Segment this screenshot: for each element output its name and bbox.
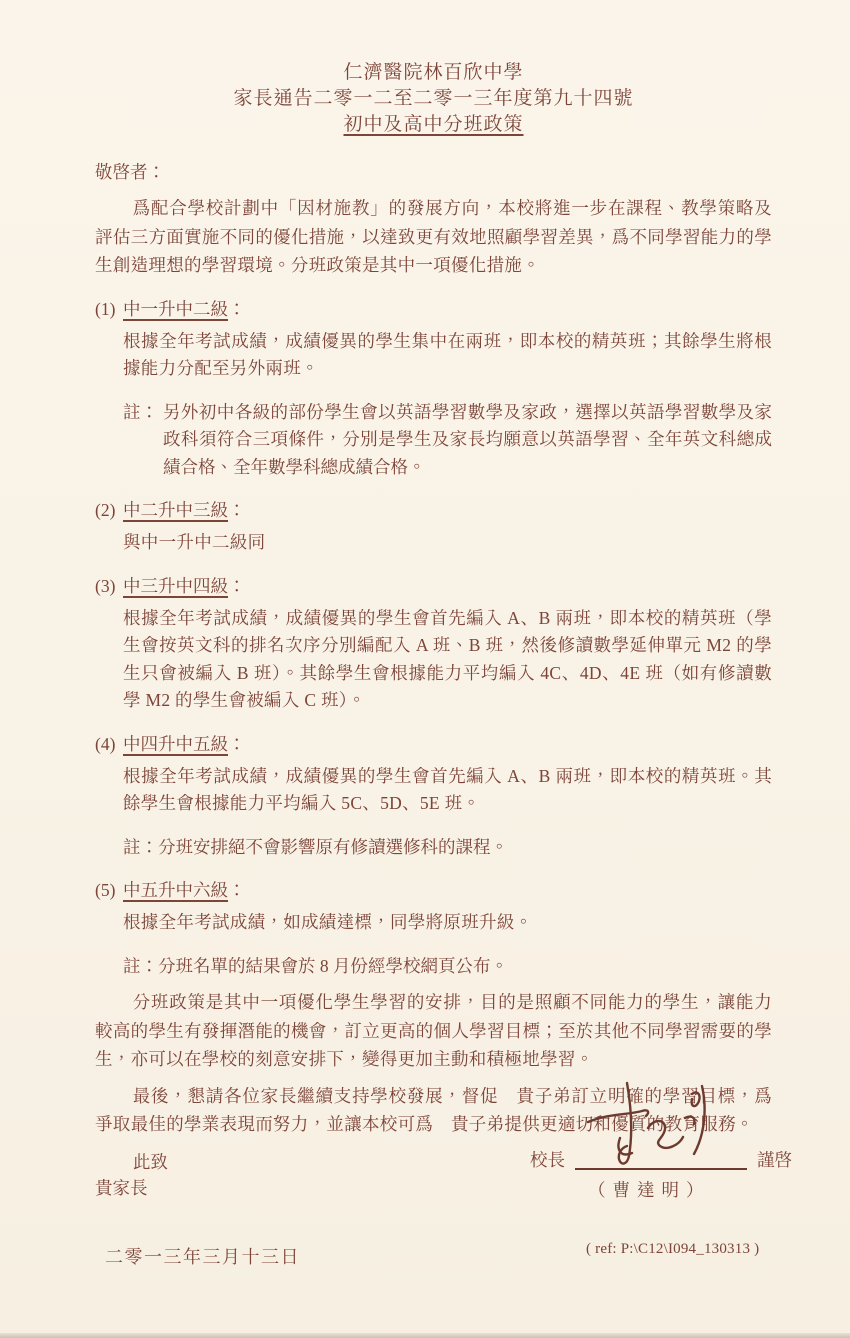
section-5-heading-row: (5) 中五升中六級： <box>95 876 772 904</box>
section-3: (3) 中三升中四級： 根據全年考試成績，成績優異的學生會首先編入 A、B 兩班… <box>95 572 772 715</box>
section-1-heading-colon: ： <box>228 299 246 319</box>
section-5-heading: 中五升中六級 <box>123 880 228 900</box>
section-5-number: (5) <box>95 876 123 904</box>
file-reference: ( ref: P:\C12\I094_130313 ) <box>586 1241 759 1258</box>
section-1-heading-row: (1) 中一升中二級： <box>95 295 772 323</box>
section-3-heading: 中三升中四級 <box>123 576 228 596</box>
closing-paragraph-1: 分班政策是其中一項優化學生學習的安排，目的是照顧不同能力的學生，讓能力較高的學生… <box>95 988 772 1074</box>
salutation: 敬啓者： <box>95 158 772 186</box>
respectfully-label: 謹啓 <box>757 1147 792 1172</box>
principal-name: （曹達明） <box>588 1177 820 1202</box>
letter-date: 二零一三年三月十三日 <box>105 1243 300 1269</box>
principal-signature <box>582 1078 722 1170</box>
section-4-number: (4) <box>95 730 123 758</box>
section-5: (5) 中五升中六級： 根據全年考試成績，如成績達標，同學將原班升級。 註：分班… <box>95 876 772 980</box>
section-5-body: 根據全年考試成績，如成績達標，同學將原班升級。 <box>123 909 772 937</box>
intro-paragraph: 爲配合學校計劃中「因材施教」的發展方向，本校將進一步在課程、教學策略及評估三方面… <box>95 194 772 280</box>
section-2-number: (2) <box>95 496 123 524</box>
section-1-note-label: 註： <box>123 399 163 482</box>
section-1-body: 根據全年考試成績，成績優異的學生集中在兩班，即本校的精英班；其餘學生將根據能力分… <box>123 328 772 383</box>
section-1-note-text: 另外初中各級的部份學生會以英語學習數學及家政，選擇以英語學習數學及家政科須符合三… <box>163 399 772 482</box>
section-2-heading-colon: ： <box>228 500 246 520</box>
section-1: (1) 中一升中二級： 根據全年考試成績，成績優異的學生集中在兩班，即本校的精英… <box>95 295 772 482</box>
section-2-heading: 中二升中三級 <box>123 500 228 520</box>
section-4: (4) 中四升中五級： 根據全年考試成績，成績優異的學生會首先編入 A、B 兩班… <box>95 730 772 862</box>
section-4-heading-colon: ： <box>228 734 246 754</box>
section-3-heading-row: (3) 中三升中四級： <box>95 572 772 600</box>
section-4-note: 註：分班安排絕不會影響原有修讀選修科的課程。 <box>123 834 772 862</box>
letter-subject: 初中及高中分班政策 <box>95 112 772 138</box>
section-5-note: 註：分班名單的結果會於 8 月份經學校網頁公布。 <box>123 953 772 981</box>
section-1-number: (1) <box>95 295 123 323</box>
section-3-number: (3) <box>95 572 123 600</box>
section-4-body: 根據全年考試成績，成績優異的學生會首先編入 A、B 兩班，即本校的精英班。其餘學… <box>123 763 772 818</box>
signature-block: 校長 謹啓 （曹達明） <box>530 1082 820 1202</box>
section-5-heading-colon: ： <box>228 880 246 900</box>
section-1-heading: 中一升中二級 <box>123 299 228 319</box>
section-3-body: 根據全年考試成績，成績優異的學生會首先編入 A、B 兩班，即本校的精英班（學生會… <box>123 605 772 715</box>
section-4-heading: 中四升中五級 <box>123 734 228 754</box>
letter-header: 仁濟醫院林百欣中學 家長通告二零一二至二零一三年度第九十四號 初中及高中分班政策 <box>95 60 772 138</box>
section-2-body: 與中一升中二級同 <box>123 529 772 557</box>
scanned-letter-page: 仁濟醫院林百欣中學 家長通告二零一二至二零一三年度第九十四號 初中及高中分班政策… <box>0 0 850 1338</box>
school-name: 仁濟醫院林百欣中學 <box>95 60 772 86</box>
section-2: (2) 中二升中三級： 與中一升中二級同 <box>95 496 772 557</box>
principal-label: 校長 <box>530 1147 565 1172</box>
section-3-heading-colon: ： <box>228 576 246 596</box>
section-2-heading-row: (2) 中二升中三級： <box>95 496 772 524</box>
section-1-note: 註： 另外初中各級的部份學生會以英語學習數學及家政，選擇以英語學習數學及家政科須… <box>123 399 772 482</box>
section-4-heading-row: (4) 中四升中五級： <box>95 730 772 758</box>
notice-number: 家長通告二零一二至二零一三年度第九十四號 <box>95 86 772 112</box>
